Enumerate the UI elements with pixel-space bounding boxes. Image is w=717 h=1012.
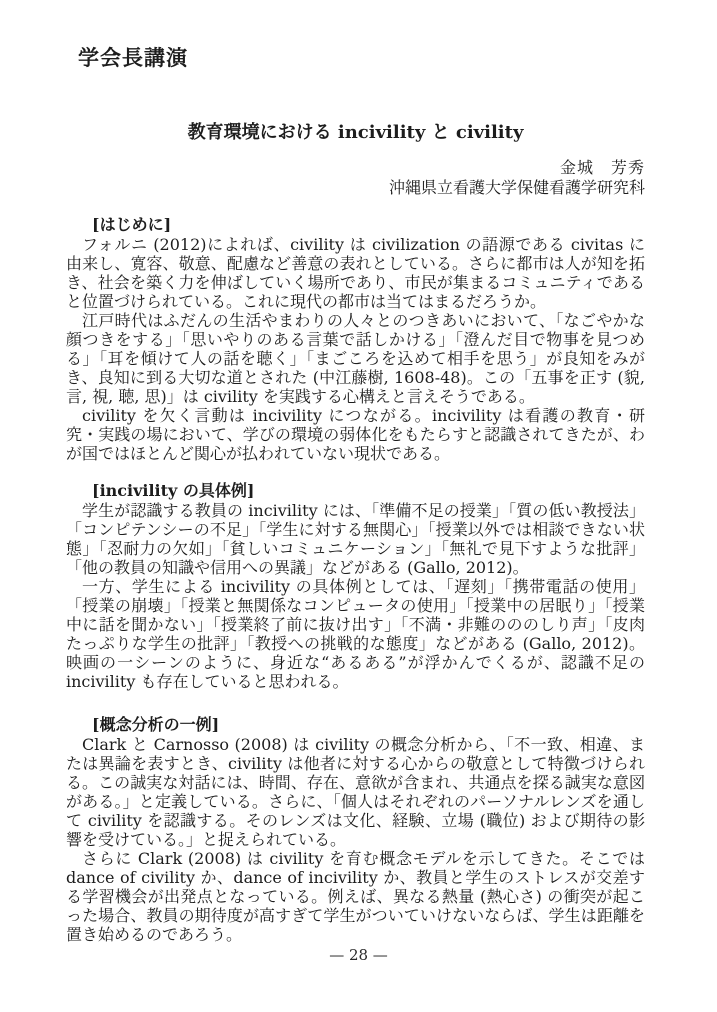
paragraph: 江戸時代はふだんの生活やまわりの人々とのつきあいにおいて、「なごやかな顔つきをす… bbox=[66, 311, 645, 406]
page-title: 教育環境における incivility と civility bbox=[66, 122, 645, 144]
lecture-category-label: 学会長講演 bbox=[78, 46, 645, 70]
page-number: — 28 — bbox=[0, 946, 717, 965]
section-heading-concept-analysis: [概念分析の一例] bbox=[92, 715, 645, 735]
section-heading-introduction: [はじめに] bbox=[92, 215, 645, 235]
section-heading-incivility-examples: [incivility の具体例] bbox=[92, 481, 645, 501]
section-introduction: [はじめに] フォルニ (2012)によれば、civility は civili… bbox=[66, 215, 645, 463]
author-name: 金城 芳秀 bbox=[66, 158, 645, 178]
paragraph: 一方、学生による incivility の具体例としては、「遅刻」「携帯電話の使… bbox=[66, 577, 645, 691]
paragraph: フォルニ (2012)によれば、civility は civilization … bbox=[66, 235, 645, 311]
paragraph: Clark と Carnosso (2008) は civility の概念分析… bbox=[66, 735, 645, 849]
byline: 金城 芳秀 沖縄県立看護大学保健看護学研究科 bbox=[66, 158, 645, 197]
section-concept-analysis: [概念分析の一例] Clark と Carnosso (2008) は civi… bbox=[66, 715, 645, 944]
section-incivility-examples: [incivility の具体例] 学生が認識する教員の incivility … bbox=[66, 481, 645, 691]
paragraph: civility を欠く言動は incivility につながる。incivil… bbox=[66, 406, 645, 463]
paragraph: 学生が認識する教員の incivility には、「準備不足の授業」「質の低い教… bbox=[66, 501, 645, 577]
author-affiliation: 沖縄県立看護大学保健看護学研究科 bbox=[66, 178, 645, 198]
document-page: 学会長講演 教育環境における incivility と civility 金城 … bbox=[0, 0, 717, 1012]
paragraph: さらに Clark (2008) は civility を育む概念モデルを示して… bbox=[66, 849, 645, 944]
